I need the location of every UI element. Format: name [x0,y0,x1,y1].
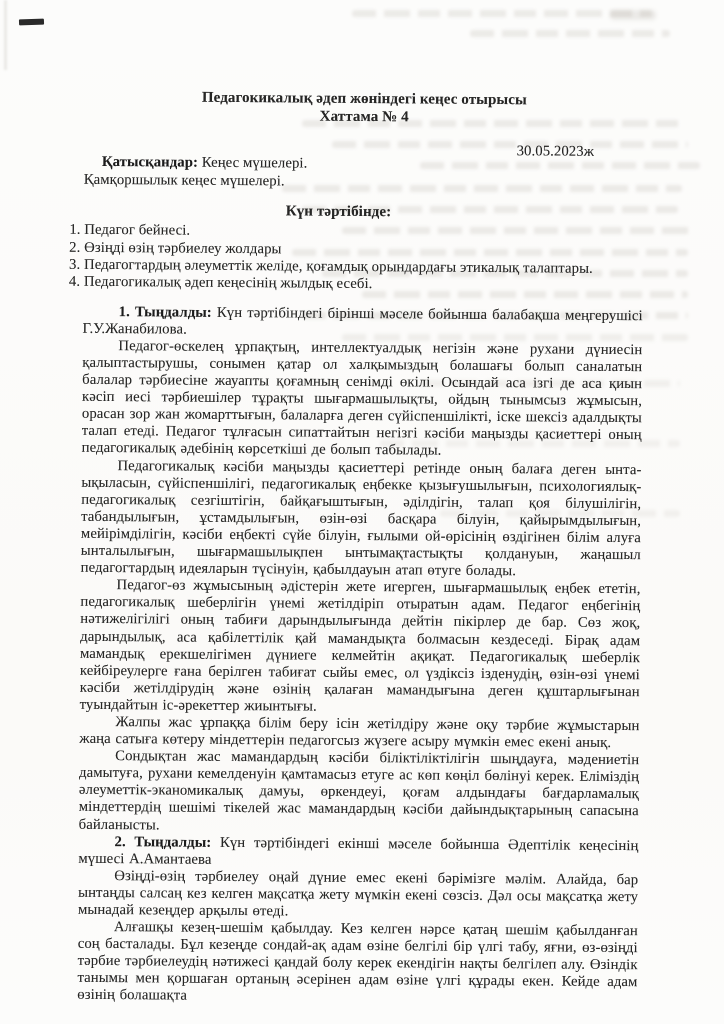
paragraph-3: Педагогикалық кәсіби маңызды қасиеттері … [81,457,642,581]
paragraph-9: Алғашқы кезең-шешім қабылдау. Кез келген… [77,919,638,1009]
scanned-document-page: Педагокикалық әдеп жөніндегі кеңес отыры… [0,0,724,1024]
attendees-line-1-text: Кеңес мүшелері. [198,155,307,172]
paragraph-5: Жалпы жас ұрпаққа білім беру ісін жетілд… [79,714,639,753]
paragraph-7-lead: 2. Тыңдалды: [114,834,211,851]
paragraph-1: 1. Тыңдалды: Күн тәртібіндегі бірінші мә… [83,304,643,343]
attendees-line-2: Қамқоршылык кеңес мүшелері. [84,171,644,193]
paragraph-5-text: Жалпы жас ұрпаққа білім беру ісін жетілд… [79,714,639,751]
paragraph-6-text: Сондықтан жас мамандардың кәсіби білікті… [79,748,640,833]
paragraph-4-text: Педагог-өз жұмысының әдістерін жете игер… [80,577,641,714]
agenda-list: 1. Педагог бейнесі. 2. Өзіңді өзің тәрби… [69,222,644,296]
paragraph-1-lead: 1. Тыңдалды: [119,304,212,321]
paragraph-6: Сондықтан жас мамандардың кәсіби білікті… [79,748,640,838]
paragraph-8-text: Өзіңді-өзің тәрбиелеу оңай дүние емес ек… [78,868,638,920]
document-date: 30.05.2023ж [517,143,594,160]
document-content: Педагокикалық әдеп жөніндегі кеңес отыры… [0,0,724,1009]
paragraph-7: 2. Тыңдалды: Күн тәртібіндегі екінші мәс… [78,833,638,872]
paragraph-3-text: Педагогикалық кәсіби маңызды қасиеттері … [81,458,642,580]
paragraph-9-text: Алғашқы кезең-шешім қабылдау. Кез келген… [77,919,638,1004]
agenda-heading: Күн тәртібінде: [83,201,643,223]
paragraph-8: Өзіңді-өзің тәрбиелеу оңай дүние емес ек… [78,868,638,924]
paragraph-4: Педагог-өз жұмысының әдістерін жете игер… [80,577,641,718]
body-paragraphs: 1. Тыңдалды: Күн тәртібіндегі бірінші мә… [77,304,642,1009]
paragraph-2: Педагог-өскелең ұрпақтың, интеллектуалды… [82,338,643,462]
document-title-line2: Хаттама № 4 [84,106,644,128]
attendees-label: Қатысқандар: [102,154,198,171]
paragraph-2-text: Педагог-өскелең ұрпақтың, интеллектуалды… [82,338,643,459]
